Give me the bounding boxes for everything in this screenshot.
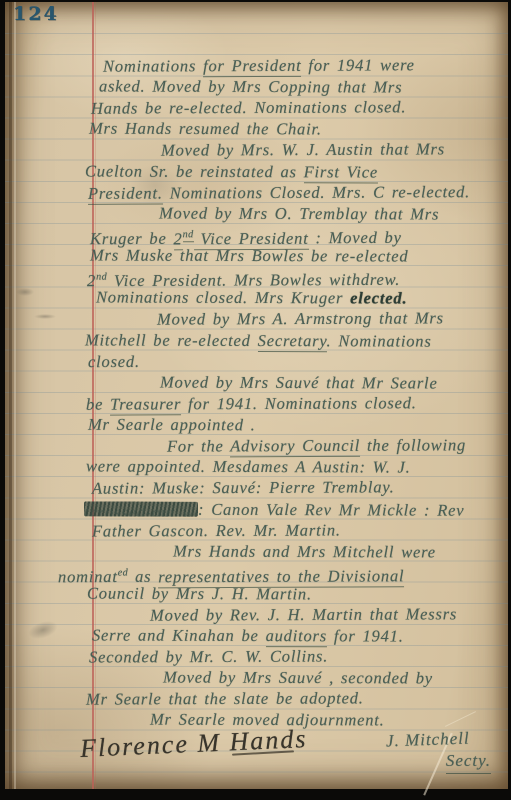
text-segment: Hands be re-elected. Nominations closed. [91, 97, 406, 117]
secretary-title: Secty. [446, 751, 491, 774]
text-segment: : Canon Vale Rev Mr Mickle : Rev [198, 500, 464, 520]
text-segment: were appointed. Mesdames A Austin: W. J. [86, 456, 411, 476]
writing-layer: Nominations for President for 1941 werea… [0, 0, 511, 800]
handwritten-line: Mr Searle appointed . [88, 414, 256, 437]
handwritten-line: were appointed. Mesdames A Austin: W. J. [86, 455, 411, 478]
handwritten-line: Austin: Muske: Sauvé: Pierre Tremblay. [92, 476, 395, 499]
text-segment: nd [96, 272, 107, 283]
handwritten-line: Nominations closed. Mrs Kruger elected. [96, 286, 408, 309]
handwritten-line: President. Nominations Closed. Mrs. C re… [88, 181, 470, 205]
text-segment: Serre and Kinahan be [92, 625, 266, 645]
handwritten-line: asked. Moved by Mrs Copping that Mrs [99, 75, 402, 98]
text-segment: Moved by Mrs A. Armstrong that Mrs [157, 308, 444, 328]
handwritten-line: Kruger be 2nd Vice President : Moved by [90, 223, 402, 246]
text-segment: Moved by Mrs Sauvé , seconded by [163, 668, 433, 688]
handwritten-line: Mrs Muske that Mrs Bowles be re-elected [90, 244, 409, 267]
text-segment: For the [167, 436, 230, 455]
text-segment: for 1941. Nominations closed. [181, 393, 417, 413]
handwritten-line: Council by Mrs J. H. Martin. [87, 583, 312, 606]
text-segment: Seconded by Mr. C. W. Collins. [89, 646, 328, 666]
text-segment: Secretary [258, 331, 327, 352]
secretary-signature: J. Mitchell [386, 729, 470, 754]
text-segment: for 1941. [327, 626, 404, 645]
text-segment: Mrs Hands and Mrs Mitchell were [173, 542, 436, 562]
text-segment: the following [360, 435, 466, 454]
text-segment: Mr Searle appointed . [88, 415, 256, 435]
text-segment: Moved by Mrs O. Tremblay that Mrs [159, 204, 439, 224]
text-segment: 2 [87, 271, 96, 290]
handwritten-line: Mrs Hands resumed the Chair. [89, 118, 322, 141]
handwritten-line: Seconded by Mr. C. W. Collins. [89, 645, 328, 668]
text-segment: Advisory Council [230, 436, 360, 458]
text-segment: Moved by Mrs Sauvé that Mr Searle [160, 373, 438, 393]
handwritten-line: Moved by Mrs O. Tremblay that Mrs [159, 203, 439, 226]
text-segment: Mrs Muske that Mrs Bowles be re-elected [90, 245, 409, 265]
text-segment: Treasurer [110, 394, 181, 415]
text-segment: Austin: Muske: Sauvé: Pierre Tremblay. [92, 477, 395, 497]
text-segment: nd [183, 229, 194, 242]
handwritten-line: (crossed-out word): Canon Vale Rev Mr Mi… [84, 498, 464, 521]
handwritten-line: Mr Searle that the slate be adopted. [86, 687, 364, 710]
text-segment: Nominations [103, 56, 203, 75]
text-segment: auditors [266, 626, 327, 647]
handwritten-line: Mrs Hands and Mrs Mitchell were [173, 541, 436, 564]
handwritten-line: Cuelton Sr. be reinstated as First Vice [85, 160, 378, 183]
handwritten-line: Serre and Kinahan be auditors for 1941. [92, 624, 404, 647]
text-segment: Moved by Rev. J. H. Martin that Messrs [150, 604, 457, 624]
handwritten-line: be Treasurer for 1941. Nominations close… [86, 392, 417, 415]
text-segment: Nominations Closed. Mrs. C re-elected. [163, 182, 470, 202]
text-segment: First Vice [304, 162, 378, 183]
text-segment: . Nominations [327, 331, 432, 350]
handwritten-line: Father Gascon. Rev. Mr. Martin. [92, 519, 341, 542]
text-segment: Council by Mrs J. H. Martin. [87, 584, 312, 604]
text-segment: Mr Searle that the slate be adopted. [86, 688, 364, 708]
handwritten-line: Moved by Mrs A. Armstrong that Mrs [157, 307, 444, 330]
crossed-out-text: (crossed-out word) [84, 501, 198, 516]
text-segment: Mrs Hands resumed the Chair. [89, 119, 322, 139]
handwritten-line: Moved by Mrs. W. J. Austin that Mrs [161, 138, 445, 161]
handwritten-line: Moved by Mrs Sauvé , seconded by [163, 667, 433, 690]
handwritten-line: nominated as representatives to the Divi… [58, 561, 404, 585]
text-segment: closed. [88, 352, 140, 371]
handwritten-line: Hands be re-elected. Nominations closed. [91, 96, 406, 119]
text-segment: elected. [350, 288, 407, 307]
handwritten-line: For the Advisory Council the following [167, 434, 466, 457]
handwritten-line: 2nd Vice President. Mrs Bowles withdrew. [87, 265, 400, 288]
handwritten-line: Mitchell be re-elected Secretary. Nomina… [85, 329, 432, 352]
scanned-minutes-page: 124 Nominations for President for 1941 w… [0, 0, 511, 800]
text-segment: Moved by Mrs. W. J. Austin that Mrs [161, 139, 445, 159]
text-segment: President. [88, 184, 163, 205]
handwritten-line: Nominations for President for 1941 were [103, 54, 415, 77]
text-segment: ed [118, 567, 129, 578]
text-segment: for President [203, 56, 301, 77]
text-segment: Nominations closed. Mrs Kruger [96, 287, 350, 307]
text-segment: Mitchell be re-elected [85, 330, 258, 350]
handwritten-line: closed. [88, 351, 140, 373]
text-segment: be [86, 395, 110, 414]
handwritten-line: Moved by Rev. J. H. Martin that Messrs [150, 603, 457, 626]
text-segment: asked. Moved by Mrs Copping that Mrs [99, 76, 402, 96]
text-segment: Cuelton Sr. be reinstated as [85, 161, 304, 181]
text-segment: Father Gascon. Rev. Mr. Martin. [92, 520, 341, 540]
text-segment: for 1941 were [301, 55, 414, 74]
handwritten-line: Moved by Mrs Sauvé that Mr Searle [160, 372, 438, 395]
